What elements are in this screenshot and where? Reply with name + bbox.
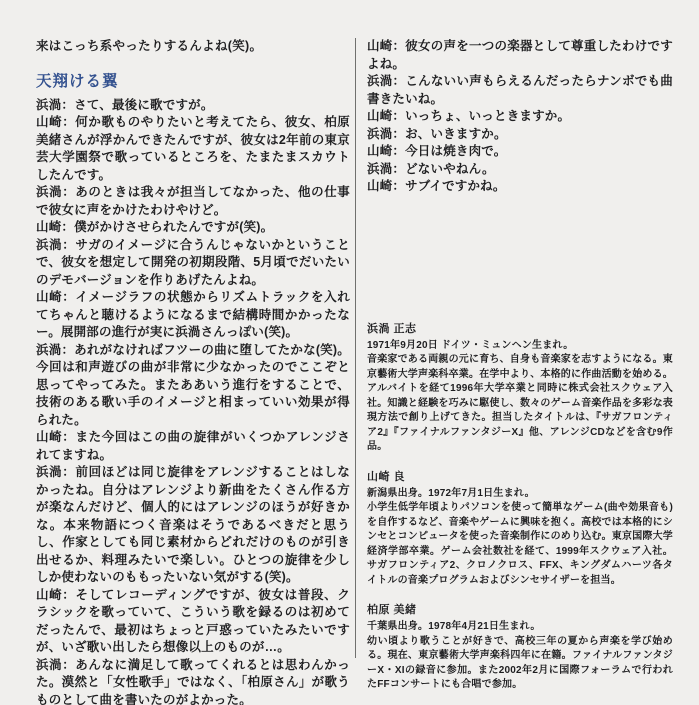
dialogue-line: 浜渦：あんなに満足して歌ってくれるとは思わんかった。漠然と「女性歌手」ではなく、… bbox=[36, 657, 350, 705]
dialogue-line: 山崎：何か歌ものやりたいと考えてたら、彼女、柏原美緒さんが浮かんできたんですが、… bbox=[36, 114, 350, 184]
profile-birth: 新潟県出身。1972年7月1日生まれ。 bbox=[367, 487, 673, 502]
dialogue-line: 山崎：今日は焼き肉で。 bbox=[367, 143, 673, 161]
booklet-page: 来はこっち系やったりするんよね(笑)。 天翔ける翼 浜渦：さて、最後に歌ですが。… bbox=[0, 0, 699, 705]
section-heading: 天翔ける翼 bbox=[36, 71, 350, 92]
dialogue-line: 山崎：イメージラフの状態からリズムトラックを入れてちゃんと聴けるようになるまで結… bbox=[36, 289, 350, 342]
dialogue-line: 山崎：いっちょ、いっときますか。 bbox=[367, 108, 673, 126]
dialogue-line: 浜渦：さて、最後に歌ですが。 bbox=[36, 97, 350, 115]
dialogue-line: 山崎：また今回はこの曲の旋律がいくつかアレンジされてますね。 bbox=[36, 429, 350, 464]
profile-name: 柏原 美緒 bbox=[367, 603, 673, 618]
dialogue-line: 浜渦：前回ほどは同じ旋律をアレンジすることはしなかったね。自分はアレンジより新曲… bbox=[36, 464, 350, 587]
left-column: 来はこっち系やったりするんよね(笑)。 天翔ける翼 浜渦：さて、最後に歌ですが。… bbox=[36, 38, 350, 705]
dialogue-line: 浜渦：こんないい声もらえるんだったらナンボでも曲書きたいね。 bbox=[367, 73, 673, 108]
profile-birth: 1971年9月20日 ドイツ・ミュンヘン生まれ。 bbox=[367, 339, 673, 354]
profile-bio: 幼い頃より歌うことが好きで、高校三年の夏から声楽を学び始める。現在、東京藝術大学… bbox=[367, 635, 673, 693]
dialogue-line: 浜渦：お、いきますか。 bbox=[367, 126, 673, 144]
profile-kashihara: 柏原 美緒 千葉県出身。1978年4月21日生まれ。 幼い頃より歌うことが好きで… bbox=[367, 603, 673, 693]
carryover-text: 来はこっち系やったりするんよね(笑)。 bbox=[36, 38, 350, 56]
column-divider bbox=[355, 38, 356, 658]
dialogue-line: 浜渦：あのときは我々が担当してなかった、他の仕事で彼女に声をかけたわけやけど。 bbox=[36, 184, 350, 219]
profile-bio: 小学生低学年頃よりパソコンを使って簡単なゲーム(曲や効果音も)を自作するなど、音… bbox=[367, 501, 673, 588]
dialogue-line: 山崎：そしてレコーディングですが、彼女は普段、クラシックを歌っていて、こういう歌… bbox=[36, 587, 350, 657]
interview-dialogue-right: 山崎：彼女の声を一つの楽器として尊重したわけですよね。 浜渦：こんないい声もらえ… bbox=[367, 38, 673, 196]
dialogue-line: 山崎：僕がかけさせられたんですが(笑)。 bbox=[36, 219, 350, 237]
dialogue-line: 山崎：彼女の声を一つの楽器として尊重したわけですよね。 bbox=[367, 38, 673, 73]
dialogue-line: 浜渦：サガのイメージに合うんじゃないかということで、彼女を想定して開発の初期段階… bbox=[36, 237, 350, 290]
profile-bio: 音楽家である両親の元に育ち、自身も音楽家を志すようになる。東京藝術大学声楽科卒業… bbox=[367, 353, 673, 455]
dialogue-line: 浜渦：どないやねん。 bbox=[367, 161, 673, 179]
right-column: 山崎：彼女の声を一つの楽器として尊重したわけですよね。 浜渦：こんないい声もらえ… bbox=[367, 38, 673, 693]
profile-yamazaki: 山崎 良 新潟県出身。1972年7月1日生まれ。 小学生低学年頃よりパソコンを使… bbox=[367, 470, 673, 589]
dialogue-line: 浜渦：あれがなければフツーの曲に堕してたかな(笑)。今回は和声遊びの曲が非常に少… bbox=[36, 342, 350, 430]
interview-dialogue-left: 浜渦：さて、最後に歌ですが。 山崎：何か歌ものやりたいと考えてたら、彼女、柏原美… bbox=[36, 97, 350, 705]
profile-name: 山崎 良 bbox=[367, 470, 673, 485]
dialogue-line: 山崎：サブイですかね。 bbox=[367, 178, 673, 196]
profile-hamauzu: 浜渦 正志 1971年9月20日 ドイツ・ミュンヘン生まれ。 音楽家である両親の… bbox=[367, 322, 673, 455]
profile-birth: 千葉県出身。1978年4月21日生まれ。 bbox=[367, 620, 673, 635]
artist-profiles: 浜渦 正志 1971年9月20日 ドイツ・ミュンヘン生まれ。 音楽家である両親の… bbox=[367, 322, 673, 693]
profile-name: 浜渦 正志 bbox=[367, 322, 673, 337]
